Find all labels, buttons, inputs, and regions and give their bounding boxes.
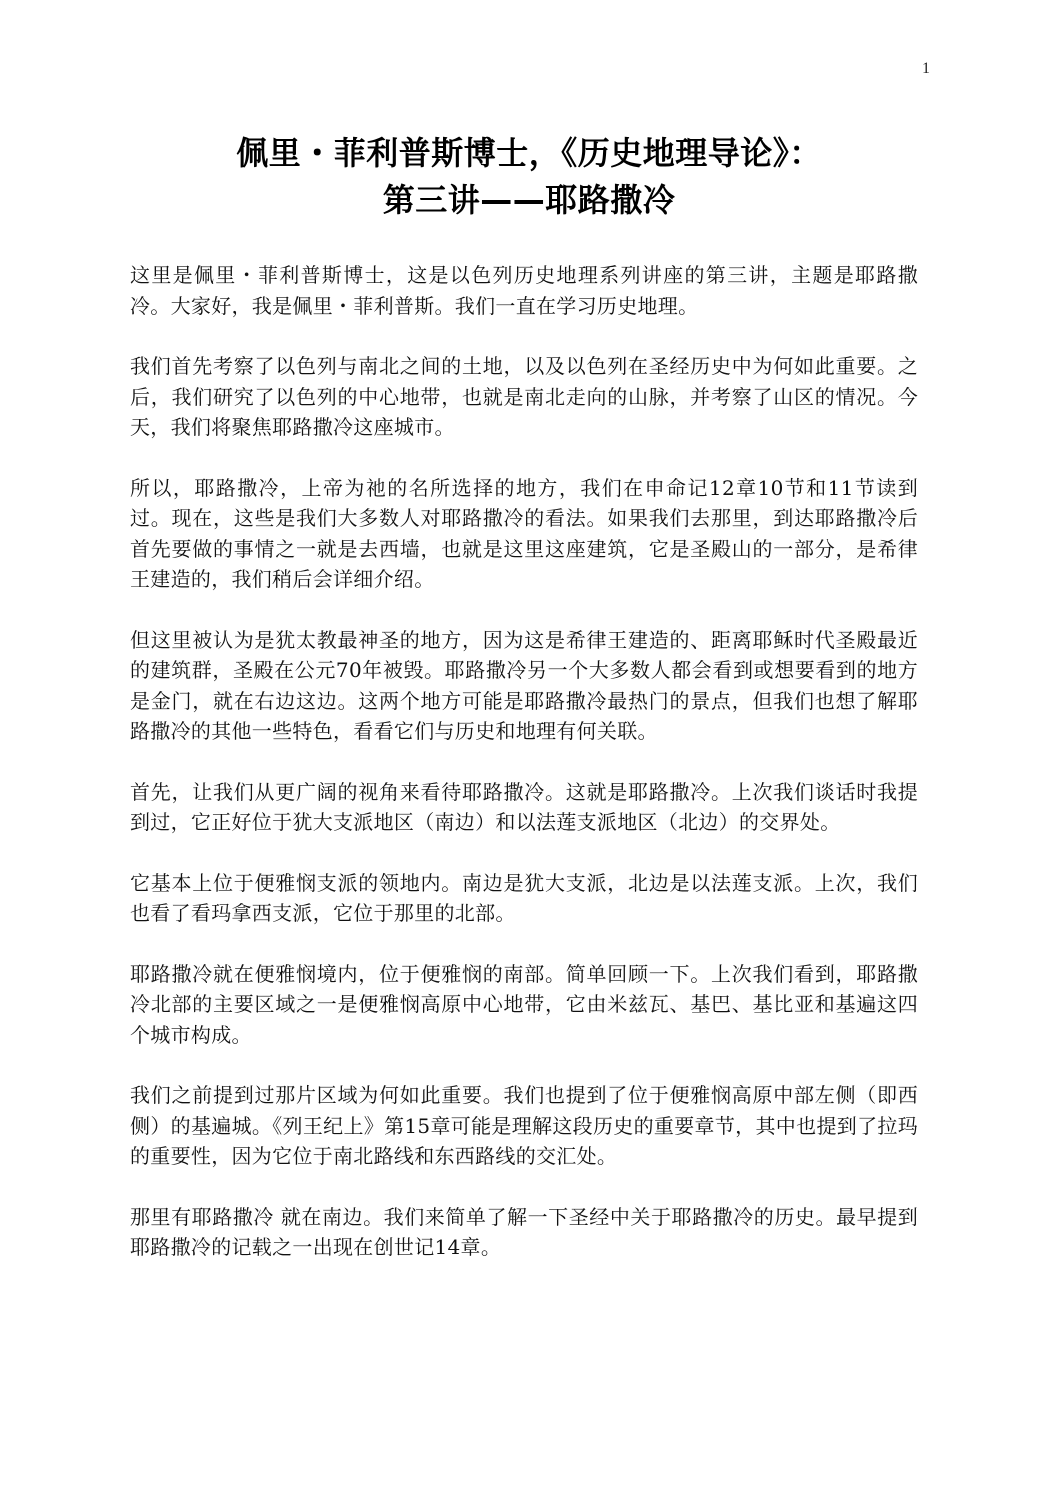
title-line-2: 第三讲——耶路撒冷 — [0, 177, 1058, 224]
paragraph-8: 我们之前提到过那片区域为何如此重要。我们也提到了位于便雅悯高原中部左侧（即西侧）… — [130, 1080, 918, 1172]
paragraph-5: 首先，让我们从更广阔的视角来看待耶路撒冷。这就是耶路撒冷。上次我们谈话时我提到过… — [130, 777, 918, 838]
page-number: 1 — [922, 60, 930, 78]
paragraph-2: 我们首先考察了以色列与南北之间的土地，以及以色列在圣经历史中为何如此重要。之后，… — [130, 351, 918, 443]
paragraph-7: 耶路撒冷就在便雅悯境内，位于便雅悯的南部。简单回顾一下。上次我们看到，耶路撒冷北… — [130, 959, 918, 1051]
document-body: 这里是佩里・菲利普斯博士，这是以色列历史地理系列讲座的第三讲，主题是耶路撒冷。大… — [130, 260, 918, 1293]
paragraph-9: 那里有耶路撒冷 就在南边。我们来简单了解一下圣经中关于耶路撒冷的历史。最早提到耶… — [130, 1202, 918, 1263]
paragraph-1: 这里是佩里・菲利普斯博士，这是以色列历史地理系列讲座的第三讲，主题是耶路撒冷。大… — [130, 260, 918, 321]
paragraph-3: 所以，耶路撒冷，上帝为祂的名所选择的地方，我们在申命记12章10节和11节读到过… — [130, 473, 918, 595]
title-line-1: 佩里・菲利普斯博士，《历史地理导论》： — [0, 130, 1058, 177]
document-title: 佩里・菲利普斯博士，《历史地理导论》： 第三讲——耶路撒冷 — [0, 130, 1058, 224]
paragraph-4: 但这里被认为是犹太教最神圣的地方，因为这是希律王建造的、距离耶稣时代圣殿最近的建… — [130, 625, 918, 747]
paragraph-6: 它基本上位于便雅悯支派的领地内。南边是犹大支派，北边是以法莲支派。上次，我们也看… — [130, 868, 918, 929]
